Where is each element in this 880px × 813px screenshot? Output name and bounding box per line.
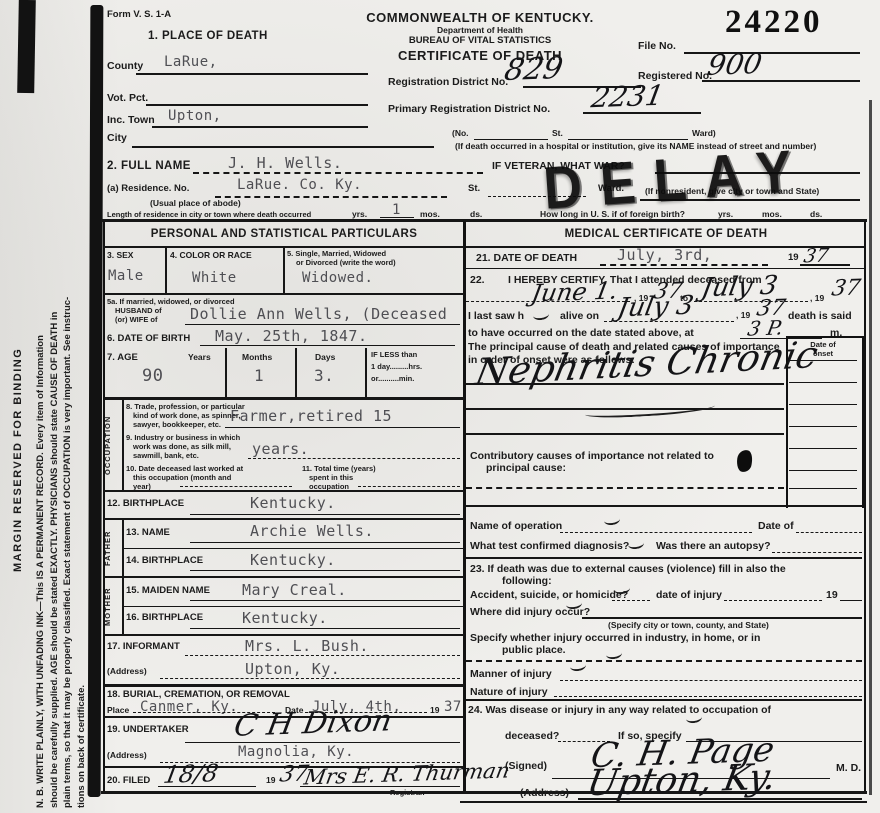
last-worked-label-2: this occupation (month and — [133, 473, 231, 482]
total-time-label-2: spent in this — [309, 473, 353, 482]
rule — [190, 514, 460, 515]
color-race-value: White — [192, 270, 237, 286]
birthplace-label: 12. BIRTHPLACE — [107, 498, 184, 509]
where-injury-note: (Specify city or town, county, and State… — [608, 620, 769, 630]
undertaker-address-label: (Address) — [107, 750, 147, 760]
rule — [152, 126, 368, 128]
rule — [180, 486, 292, 487]
personal-section-title: PERSONAL AND STATISTICAL PARTICULARS — [104, 228, 464, 240]
date-of-death-label: 21. DATE OF DEATH — [476, 252, 577, 264]
certificate-serial-number: 24220 — [725, 4, 823, 41]
rule — [789, 382, 857, 383]
rule — [132, 146, 434, 148]
informant-label: 17. INFORMANT — [107, 641, 180, 652]
yrs2-label: yrs. — [718, 209, 733, 219]
registration-district-value: 829 — [502, 51, 566, 88]
yrs-label: yrs. — [352, 209, 367, 219]
rule — [466, 505, 862, 507]
informant-value: Mrs. L. Bush. — [245, 637, 369, 655]
to-19-label: , 19 — [810, 293, 824, 303]
manner-injury-label: Manner of injury — [470, 668, 552, 680]
city-ward-label: Ward) — [692, 128, 716, 138]
rule — [122, 606, 464, 607]
medical-section-title: MEDICAL CERTIFICATE OF DEATH — [466, 228, 866, 240]
if-less-label-3: or..........min. — [371, 374, 414, 383]
pen-mark — [532, 310, 549, 321]
specify-label-2: public place. — [502, 644, 566, 656]
vot-pct-label: Vot. Pct. — [107, 92, 148, 104]
mother-name-value: Mary Creal. — [242, 581, 347, 599]
undertaker-label: 19. UNDERTAKER — [107, 724, 189, 735]
father-name-label: 13. NAME — [126, 527, 170, 538]
cell-divider — [295, 348, 297, 398]
rule — [160, 678, 460, 679]
county-label: County — [107, 60, 143, 72]
place-of-death-title: 1. PLACE OF DEATH — [148, 30, 268, 42]
rule — [122, 548, 464, 549]
cell-divider — [365, 348, 367, 398]
note-line: plain terms, so that it may be properly … — [61, 26, 75, 808]
injury-date-label: date of injury — [656, 589, 722, 601]
rule — [193, 172, 483, 174]
rule — [724, 600, 822, 601]
rule — [466, 268, 864, 269]
note-line: should be carefully supplied. AGE should… — [48, 26, 62, 808]
last-worked-label-1: 10. Date deceased last worked at — [126, 464, 243, 473]
rule — [554, 696, 862, 697]
physician-address-label: (Address) — [520, 787, 569, 799]
specify-label-1: Specify whether injury occurred in indus… — [470, 632, 760, 644]
father-birthplace-label: 14. BIRTHPLACE — [126, 555, 203, 566]
mos2-label: mos. — [762, 209, 782, 219]
rule — [583, 112, 701, 114]
father-side-label: FATHER — [103, 520, 122, 576]
burial-place-label: Place — [107, 705, 129, 715]
rule — [190, 628, 460, 629]
inc-town-value: Upton, — [168, 108, 222, 124]
autopsy-label: Was there an autopsy? — [656, 540, 771, 552]
rule — [185, 324, 460, 325]
county-value: LaRue, — [164, 54, 218, 70]
form-right-border — [864, 221, 866, 793]
column-divider — [463, 221, 466, 793]
accident-label: Accident, suicide, or homicide? — [470, 589, 628, 601]
trade-label-2: kind of work done, as spinner, — [133, 411, 241, 420]
cell-divider — [225, 348, 227, 398]
note-line: N. B. WRITE PLAINLY, WITH UNFADING INK—T… — [34, 26, 48, 808]
age-years-value: 90 — [142, 366, 163, 386]
saw-19-label: , 19 — [736, 310, 750, 320]
death-certificate-scan: MARGIN RESERVED FOR BINDING N. B. WRITE … — [0, 0, 880, 813]
trade-label-1: 8. Trade, profession, or particular — [126, 402, 245, 411]
registrar-signature: Mrs E. R. Thurman — [302, 758, 512, 789]
rule — [101, 219, 867, 222]
rule — [248, 458, 460, 459]
if-less-label-2: 1 day.........hrs. — [371, 362, 422, 371]
onset-label-1: Date of — [789, 340, 857, 349]
pen-mark — [685, 713, 702, 724]
total-time-label-1: 11. Total time (years) — [302, 464, 376, 473]
trade-label-3: sawyer, bookkeeper, etc. — [133, 420, 221, 429]
operation-date-label: Date of — [758, 520, 794, 532]
marital-value: Widowed. — [302, 270, 373, 286]
informant-address-label: (Address) — [107, 666, 147, 676]
rule — [789, 470, 857, 471]
birthplace-value: Kentucky. — [250, 494, 336, 512]
inc-town-label: Inc. Town — [107, 114, 155, 126]
rule — [789, 360, 857, 361]
mos-label: mos. — [420, 209, 440, 219]
rule — [104, 576, 464, 578]
filed-date-value: 18/8 — [161, 759, 220, 789]
signed-label: (Signed) — [505, 760, 547, 772]
abode-note: (Usual place of abode) — [150, 198, 241, 208]
rule — [466, 699, 862, 701]
residence-st-label: St. — [468, 183, 480, 194]
rule — [104, 490, 464, 492]
certificate-title: CERTIFICATE OF DEATH — [330, 48, 630, 63]
occurred-label: to have occurred on the date stated abov… — [468, 327, 694, 339]
rule — [789, 404, 857, 405]
age-days-value: 3. — [314, 366, 334, 385]
burial-year-value: 37 — [444, 699, 462, 715]
rule — [800, 264, 850, 266]
md-label: M. D. — [836, 762, 861, 774]
rule — [796, 532, 862, 533]
mother-name-label: 15. MAIDEN NAME — [126, 585, 210, 596]
mother-birthplace-value: Kentucky. — [242, 609, 328, 627]
full-name-label: 2. FULL NAME — [107, 160, 191, 172]
contributory-label-2: principal cause: — [486, 462, 566, 474]
rule — [560, 532, 752, 533]
test-label: What test confirmed diagnosis? — [470, 540, 629, 552]
registrar-label: Registrar. — [390, 788, 425, 797]
rule — [789, 448, 857, 449]
rule — [200, 345, 455, 346]
last-saw-label-2: alive on — [560, 310, 599, 322]
city-no-label: (No. — [452, 128, 469, 138]
rule — [158, 786, 256, 787]
ds-label: ds. — [470, 209, 482, 219]
pen-mark — [627, 539, 644, 550]
scan-edge-left — [88, 5, 104, 797]
rule — [840, 600, 862, 601]
commonwealth-title: COMMONWEALTH OF KENTUCKY. — [330, 10, 630, 25]
form-left-border — [103, 221, 105, 791]
sex-value: Male — [108, 268, 144, 284]
industry-label-2: work was done, as silk mill, — [133, 442, 231, 451]
age-label: 7. AGE — [107, 352, 138, 363]
informant-address-value: Upton, Ky. — [245, 660, 340, 678]
length-yrs-value: 1 — [392, 202, 401, 218]
residence-value: LaRue. Co. Ky. — [237, 177, 362, 193]
industry-label-1: 9. Industry or business in which — [126, 433, 240, 442]
rule — [185, 742, 460, 743]
trade-value: Farmer,retired 15 — [230, 407, 392, 425]
registration-district-label: Registration District No. — [388, 76, 508, 88]
ink-blot — [736, 449, 754, 473]
form-code: Form V. S. 1-A — [107, 9, 171, 20]
rule — [466, 557, 862, 559]
mother-side-label: MOTHER — [103, 579, 122, 634]
rule — [789, 488, 857, 489]
nature-injury-label: Nature of injury — [470, 686, 548, 698]
file-no-label: File No. — [638, 40, 676, 52]
date-of-death-value: July, 3rd, — [617, 246, 712, 264]
age-days-label: Days — [315, 352, 335, 362]
rule — [300, 786, 460, 787]
industry-value: years. — [252, 440, 309, 458]
scan-edge-right — [869, 100, 872, 795]
filed-19-label: 19 — [266, 775, 275, 785]
ds2-label: ds. — [810, 209, 822, 219]
rule — [190, 570, 460, 571]
registered-no-label: Registered No. — [638, 70, 712, 82]
age-months-value: 1 — [254, 366, 264, 385]
rule — [568, 139, 688, 140]
rule — [185, 655, 460, 656]
spouse-label-2: HUSBAND of — [115, 306, 162, 315]
rule — [190, 542, 460, 543]
rule — [215, 196, 447, 198]
dob-label: 6. DATE OF BIRTH — [107, 333, 190, 344]
binding-margin-note: MARGIN RESERVED FOR BINDING — [12, 322, 24, 572]
q23-label-1: 23. If death was due to external causes … — [470, 563, 786, 575]
city-st-label: St. — [552, 128, 563, 138]
rule — [600, 264, 768, 266]
death-said-label: death is said — [788, 310, 852, 322]
residence-label: (a) Residence. No. — [107, 183, 189, 194]
rule — [474, 139, 548, 140]
if-less-label-1: IF LESS than — [371, 350, 417, 359]
last-saw-value: July 3 — [615, 291, 696, 324]
rule — [560, 680, 862, 681]
stray-pen-stroke — [585, 401, 715, 420]
contributory-label-1: Contributory causes of importance not re… — [470, 450, 714, 462]
last-saw-label-1: I last saw h — [468, 310, 524, 322]
rule — [136, 73, 368, 75]
city-label: City — [107, 132, 127, 144]
burial-19-label: 19 — [430, 705, 439, 715]
color-race-label: 4. COLOR OR RACE — [170, 250, 252, 260]
rule — [466, 433, 784, 435]
sex-label: 3. SEX — [107, 250, 133, 260]
pen-mark — [603, 515, 620, 526]
rule — [612, 600, 650, 601]
spouse-value: Dollie Ann Wells, (Deceased — [190, 305, 447, 323]
primary-district-label: Primary Registration District No. — [388, 103, 550, 115]
mother-birthplace-label: 16. BIRTHPLACE — [126, 612, 203, 623]
rule — [104, 293, 464, 295]
occupation-side-label: OCCUPATION — [103, 400, 122, 490]
date-of-onset-box — [786, 336, 864, 508]
q23-label-2: following: — [502, 575, 552, 587]
certify-number: 22. — [470, 274, 485, 286]
dod-19-label: 19 — [788, 252, 799, 263]
note-line: tions on back of certificate. — [75, 26, 89, 808]
rule — [466, 660, 862, 662]
foreign-birth-label: How long in U. S. if of foreign birth? — [540, 209, 685, 219]
print-plainly-note: N. B. WRITE PLAINLY, WITH UNFADING INK—T… — [34, 26, 88, 808]
filed-label: 20. FILED — [107, 775, 150, 786]
cell-divider — [122, 399, 124, 490]
rule — [146, 104, 368, 106]
rule — [772, 552, 862, 553]
rule — [104, 397, 464, 400]
bureau-line: BUREAU OF VITAL STATISTICS — [330, 35, 630, 46]
pen-mark — [569, 661, 586, 672]
rule — [702, 80, 860, 82]
rule — [789, 426, 857, 427]
pen-mark — [605, 649, 622, 660]
undertaker-signature: C H Dixon — [231, 703, 394, 743]
father-name-value: Archie Wells. — [250, 522, 374, 540]
department-line: Department of Health — [330, 25, 630, 35]
rule — [225, 427, 460, 428]
attended-from-value: June 1. — [529, 277, 620, 308]
rule — [104, 518, 464, 520]
primary-district-value: 2231 — [589, 79, 667, 114]
rule — [104, 634, 464, 636]
operation-label: Name of operation — [470, 520, 562, 532]
rule — [582, 617, 862, 619]
full-name-value: J. H. Wells. — [228, 154, 342, 172]
rule — [466, 487, 784, 489]
rule — [380, 217, 414, 218]
onset-label-2: onset — [789, 349, 857, 358]
marital-label-2: or Divorced (write the word) — [296, 258, 396, 267]
undertaker-address-value: Magnolia, Ky. — [238, 744, 354, 760]
q24-label: 24. Was disease or injury in any way rel… — [468, 704, 771, 716]
age-years-label: Years — [188, 352, 211, 362]
injury-19-label: 19 — [826, 589, 838, 601]
cell-divider — [283, 246, 285, 293]
registered-no-value: 900 — [705, 47, 765, 82]
cell-divider — [165, 246, 167, 293]
to-year-value: 37 — [830, 276, 863, 302]
deceased-label: deceased? — [505, 730, 559, 742]
marital-label-1: 5. Single, Married, Widowed — [287, 249, 386, 258]
dob-value: May. 25th, 1847. — [215, 327, 368, 345]
spouse-label-3: (or) WIFE of — [115, 315, 158, 324]
industry-label-3: sawmill, bank, etc. — [133, 451, 199, 460]
father-birthplace-value: Kentucky. — [250, 551, 336, 569]
rule — [358, 486, 460, 487]
rule — [578, 798, 862, 800]
rule — [190, 600, 460, 601]
rule — [104, 684, 464, 687]
age-months-label: Months — [242, 352, 272, 362]
length-residence-label: Length of residence in city or town wher… — [107, 210, 311, 219]
